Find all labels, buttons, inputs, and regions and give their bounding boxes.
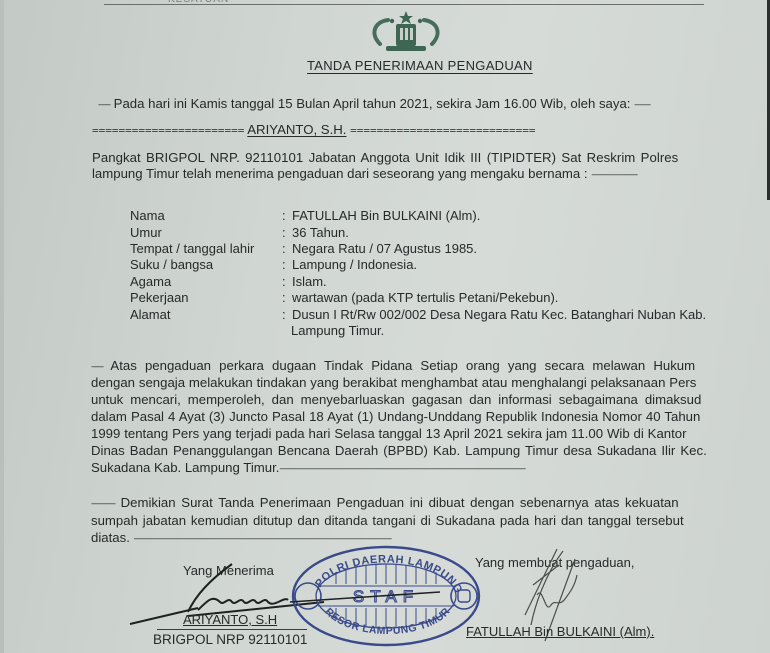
field-alamat: Alamat:Dusun I Rt/Rw 002/002 Desa Negara… xyxy=(130,307,706,322)
svg-text:RESOR LAMPUNG TIMUR: RESOR LAMPUNG TIMUR xyxy=(322,605,452,637)
opening-line: ------ Pada hari ini Kamis tanggal 15 Bu… xyxy=(98,96,650,111)
receiver-rank: BRIGPOL NRP 92110101 xyxy=(153,632,307,647)
complaint-line-2: dengan sengaja melakukan tindakan yang b… xyxy=(91,375,696,390)
complaint-line-6: Dinas Badan Penanggulangan Bencana Daera… xyxy=(91,443,707,458)
receiver-rule xyxy=(157,629,307,630)
header-fragment: KESATUAN xyxy=(168,0,229,5)
complaint-line-5: 1999 tentang Pers yang terjadi pada hari… xyxy=(91,426,687,441)
document-title: TANDA PENERIMAAN PENGADUAN xyxy=(307,58,533,73)
official-stamp: POLRI DAERAH LAMPUNG RESOR LAMPUNG TIMUR… xyxy=(290,542,482,647)
complaint-line-1: ------ Atas pengaduan perkara dugaan Tin… xyxy=(91,358,695,373)
closing-line-1: ------------ Demikian Surat Tanda Peneri… xyxy=(91,495,679,510)
officer-name: ARIYANTO, S.H. xyxy=(247,122,346,137)
complainant-name: FATULLAH Bin BULKAINI (Alm). xyxy=(466,624,654,639)
complaint-line-3: untuk mencari, memperoleh, dan menyebarl… xyxy=(91,392,701,407)
officer-detail-line1: Pangkat BRIGPOL NRP. 92110101 Jabatan An… xyxy=(92,150,678,165)
closing-line-2: sumpah jabatan kemudian ditutup dan dita… xyxy=(91,513,684,528)
receiver-name: ARIYANTO, S.H xyxy=(183,612,277,627)
complaint-line-4: dalam Pasal 4 Ayat (3) Juncto Pasal 18 A… xyxy=(91,409,700,424)
field-alamat-line2: Lampung Timur. xyxy=(291,323,384,338)
opening-text: Pada hari ini Kamis tanggal 15 Bulan Apr… xyxy=(114,96,631,111)
page-edge-left xyxy=(0,0,4,653)
field-umur: Umur:36 Tahun. xyxy=(130,225,349,240)
field-pekerjaan: Pekerjaan:wartawan (pada KTP tertulis Pe… xyxy=(130,290,558,305)
officer-detail-line2: lampung Timur telah menerima pengaduan d… xyxy=(92,166,637,181)
field-suku-bangsa: Suku / bangsa:Lampung / Indonesia. xyxy=(130,257,417,272)
field-agama: Agama:Islam. xyxy=(130,274,327,289)
field-nama: Nama:FATULLAH Bin BULKAINI (Alm). xyxy=(130,208,480,223)
field-tempat-tanggal-lahir: Tempat / tanggal lahir:Negara Ratu / 07 … xyxy=(130,241,477,256)
complaint-line-7: Sukadana Kab. Lampung Timur.------------… xyxy=(91,460,756,475)
polri-crest-icon xyxy=(366,10,446,58)
officer-line: ======================= ARIYANTO, S.H. =… xyxy=(92,122,536,137)
